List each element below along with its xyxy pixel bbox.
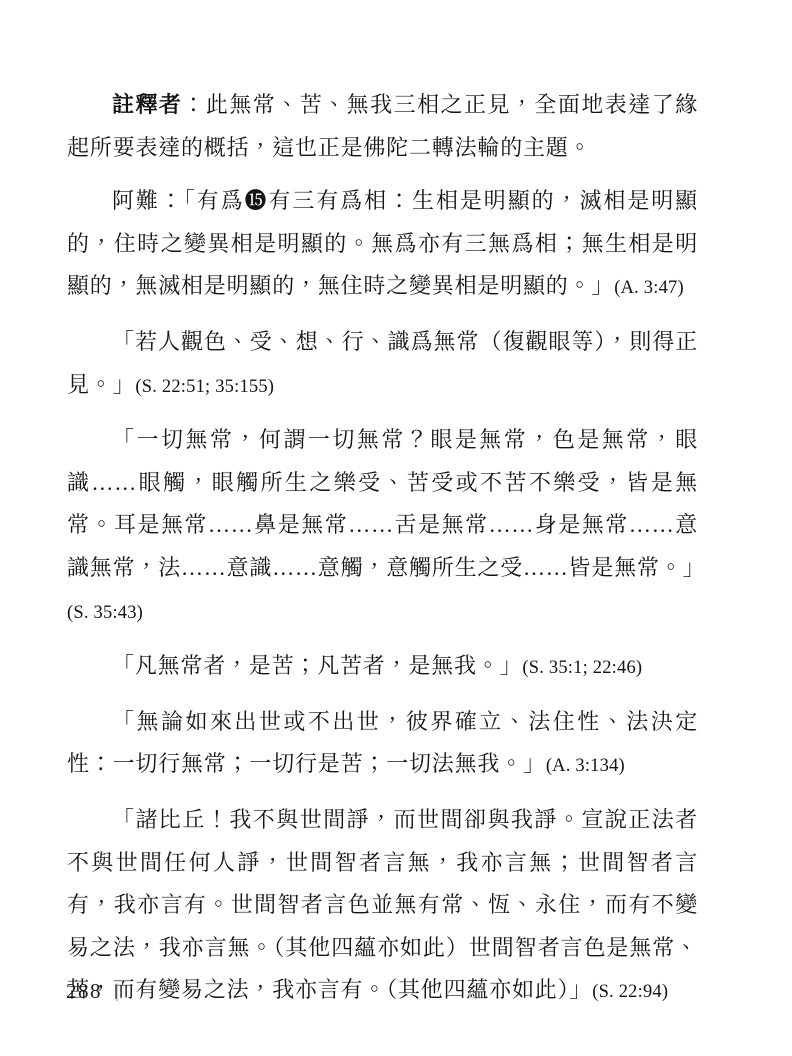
page-footer: 288 | <box>66 979 119 1004</box>
citation: (S. 35:43) <box>67 603 143 623</box>
citation: (A. 3:134) <box>546 756 625 776</box>
paragraph-2-quote: 阿難：「有爲⓯有三有爲相：生相是明顯的，滅相是明顯的，住時之變異相是明顯的。無爲… <box>67 180 698 310</box>
citation: (A. 3:47) <box>614 278 684 298</box>
paragraph-5-quote: 「凡無常者，是苦；凡苦者，是無我。」(S. 35:1; 22:46) <box>67 645 698 690</box>
paragraph-text: 「諸比丘！我不與世間諍，而世間卻與我諍。宣說正法者不與世間任何人諍，世間智者言無… <box>67 807 698 1002</box>
footer-divider-bar: | <box>115 981 119 1003</box>
paragraph-7-quote: 「諸比丘！我不與世間諍，而世間卻與我諍。宣說正法者不與世間任何人諍，世間智者言無… <box>67 799 698 1014</box>
paragraph-4-quote: 「一切無常，何謂一切無常？眼是無常，色是無常，眼識……眼觸，眼觸所生之樂受、苦受… <box>67 419 698 634</box>
paragraph-6-quote: 「無論如來出世或不出世，彼界確立、法住性、法決定性：一切行無常；一切行是苦；一切… <box>67 701 698 788</box>
paragraph-3-quote: 「若人觀色、受、想、行、識爲無常（復觀眼等），則得正見。」(S. 22:51; … <box>67 321 698 408</box>
citation: (S. 22:94) <box>592 982 668 1002</box>
paragraph-text: 阿難：「有爲⓯有三有爲相：生相是明顯的，滅相是明顯的，住時之變異相是明顯的。無爲… <box>67 188 698 298</box>
citation: (S. 35:1; 22:46) <box>522 658 642 678</box>
page-content: 註釋者：此無常、苦、無我三相之正見，全面地表達了緣起所要表達的概括，這也正是佛陀… <box>67 84 698 1025</box>
citation: (S. 22:51; 35:155) <box>135 377 274 397</box>
paragraph-text: 「凡無常者，是苦；凡苦者，是無我。」 <box>112 653 522 678</box>
paragraph-text: 「一切無常，何謂一切無常？眼是無常，色是無常，眼識……眼觸，眼觸所生之樂受、苦受… <box>67 427 705 580</box>
page-number: 288 <box>66 979 102 1004</box>
paragraph-lead: 註釋者 <box>112 92 182 117</box>
paragraph-1-commentary: 註釋者：此無常、苦、無我三相之正見，全面地表達了緣起所要表達的概括，這也正是佛陀… <box>67 84 698 169</box>
